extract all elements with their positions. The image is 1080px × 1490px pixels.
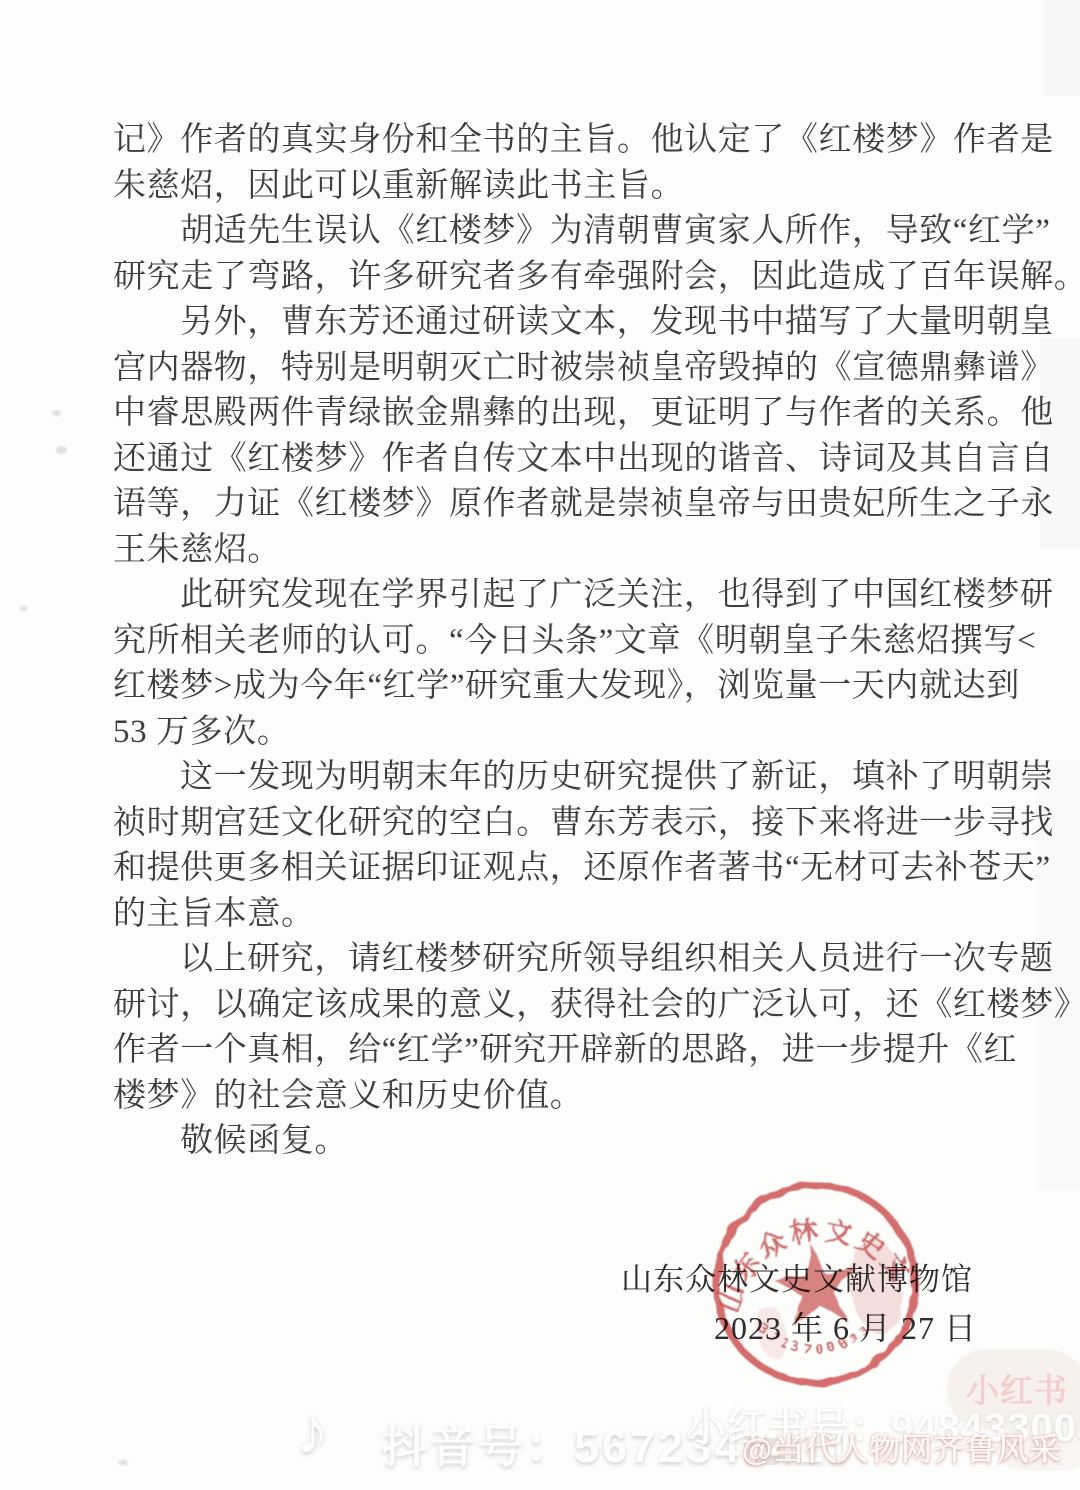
channel-handle-watermark: @当代人物网齐鲁风采 <box>742 1424 1061 1469</box>
scan-shading <box>1044 0 1080 96</box>
text-line: 记》作者的真实身份和全书的主旨。他认定了《红楼梦》作者是 <box>113 118 993 164</box>
scan-speck <box>118 1460 128 1465</box>
text-line: 王朱慈炤。 <box>113 528 993 574</box>
text-line: 中睿思殿两件青绿嵌金鼎彝的出现，更证明了与作者的关系。他 <box>113 391 993 437</box>
scan-speck <box>20 606 27 611</box>
text-line: 研究走了弯路，许多研究者多有牵强附会，因此造成了百年误解。 <box>113 255 993 301</box>
scan-speck <box>52 410 61 416</box>
text-line: 宫内器物，特别是明朝灭亡时被崇祯皇帝毁掉的《宣德鼎彝谱》 <box>113 346 993 392</box>
text-line: 祯时期宫廷文化研究的空白。曹东芳表示，接下来将进一步寻找 <box>113 801 993 847</box>
douyin-note-icon: ♪ <box>296 1392 329 1468</box>
scan-speck <box>56 446 67 454</box>
text-line: 朱慈炤，因此可以重新解读此书主旨。 <box>113 164 993 210</box>
text-line: 楼梦》的社会意义和历史价值。 <box>113 1074 993 1120</box>
text-line: 另外，曹东芳还通过研读文本，发现书中描写了大量明朝皇 <box>113 300 993 346</box>
text-line: 53 万多次。 <box>113 710 993 756</box>
text-line: 研讨，以确定该成果的意义，获得社会的广泛认可，还《红楼梦》 <box>113 983 993 1029</box>
document-photo: 记》作者的真实身份和全书的主旨。他认定了《红楼梦》作者是朱慈炤，因此可以重新解读… <box>0 0 1080 1490</box>
signature-org: 山东众林文史文献博物馆 <box>621 1254 973 1299</box>
text-line: 语等，力证《红楼梦》原作者就是崇祯皇帝与田贵妃所生之子永 <box>113 482 993 528</box>
text-line: 这一发现为明朝末年的历史研究提供了新证，填补了明朝崇 <box>113 755 993 801</box>
document-body: 记》作者的真实身份和全书的主旨。他认定了《红楼梦》作者是朱慈炤，因此可以重新解读… <box>113 118 993 1165</box>
text-line: 敬候函复。 <box>113 1119 993 1165</box>
text-line: 还通过《红楼梦》作者自传文本中出现的谐音、诗词及其自言自 <box>113 437 993 483</box>
text-line: 和提供更多相关证据印证观点，还原作者著书“无材可去补苍天” <box>113 846 993 892</box>
text-line: 此研究发现在学界引起了广泛关注，也得到了中国红楼梦研 <box>113 573 993 619</box>
text-line: 作者一个真相，给“红学”研究开辟新的思路，进一步提升《红 <box>113 1028 993 1074</box>
signature-date: 2023 年 6 月 27 日 <box>714 1303 977 1349</box>
text-line: 胡适先生误认《红楼梦》为清朝曹寅家人所作，导致“红学” <box>113 209 993 255</box>
text-line: 以上研究，请红楼梦研究所领导组织相关人员进行一次专题 <box>113 937 993 983</box>
text-line: 究所相关老师的认可。“今日头条”文章《明朝皇子朱慈炤撰写< <box>113 619 993 665</box>
text-line: 的主旨本意。 <box>113 892 993 938</box>
text-line: 红楼梦>成为今年“红学”研究重大发现》，浏览量一天内就达到 <box>113 664 993 710</box>
